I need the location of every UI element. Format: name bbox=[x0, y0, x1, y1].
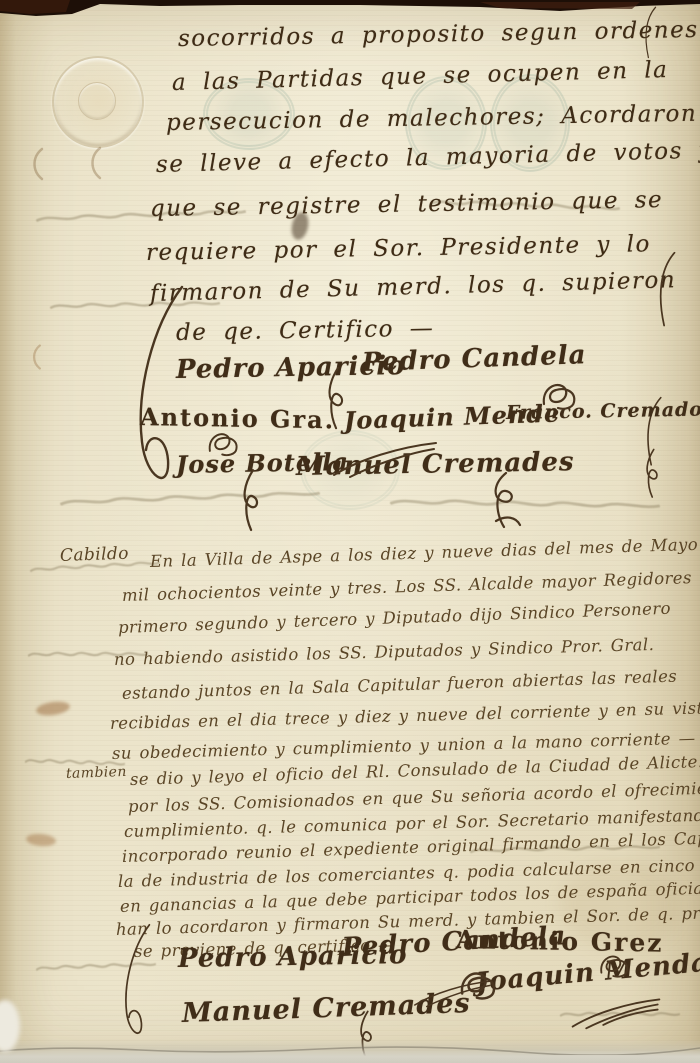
margin-note-cabildo: Cabildo bbox=[60, 544, 129, 566]
margin-stain bbox=[88, 144, 102, 182]
rubric-flourish bbox=[598, 950, 632, 980]
margin-stain bbox=[30, 344, 42, 370]
manuscript-line: que se registre el testimonio que se bbox=[150, 187, 664, 222]
manuscript-line: mil ochocientos veinte y tres. Los SS. A… bbox=[122, 568, 692, 605]
margin-stain bbox=[35, 700, 70, 718]
signature: Pedro Candela bbox=[361, 340, 586, 378]
page-top-edge bbox=[0, 0, 700, 18]
margin-note-tambien: tambien bbox=[66, 764, 127, 782]
rubric-flourish bbox=[322, 366, 352, 432]
margin-stain bbox=[26, 833, 57, 848]
manuscript-line: estando juntos en la Sala Capitular fuer… bbox=[122, 667, 678, 703]
manuscript-line: recibidas en el dia trece y diez y nueve… bbox=[110, 696, 700, 733]
manuscript-line: En la Villa de Aspe a los diez y nueve d… bbox=[150, 535, 699, 571]
manuscript-line: requiere por el Sor. Presidente y lo bbox=[146, 231, 651, 266]
manuscript-page: socorridos a proposito segun ordenes. a … bbox=[0, 0, 700, 1063]
rubric-flourish bbox=[486, 470, 526, 532]
manuscript-line: socorridos a proposito segun ordenes. bbox=[178, 17, 700, 52]
manuscript-line: primero segundo y tercero y Diputado dij… bbox=[118, 599, 672, 637]
rubric-flourish bbox=[556, 996, 676, 1030]
signature: Franco. Cremados bbox=[506, 398, 700, 424]
rubric-flourish bbox=[640, 448, 666, 500]
manuscript-line: no habiendo asistido los SS. Diputados y… bbox=[114, 635, 655, 669]
rubric-flourish bbox=[238, 466, 266, 536]
pen-tail bbox=[652, 246, 678, 334]
rubric-flourish bbox=[330, 436, 440, 482]
manuscript-line: firmaron de Su merd. los q. supieron bbox=[150, 267, 677, 307]
rubric-flourish bbox=[408, 978, 498, 1008]
margin-stain bbox=[30, 146, 44, 182]
manuscript-line: de qe. Certifico — bbox=[176, 315, 435, 346]
rubric-flourish bbox=[206, 428, 242, 458]
rubric-flourish bbox=[540, 378, 580, 412]
page-bottom-tear bbox=[0, 1043, 700, 1055]
embossed-seal bbox=[52, 56, 144, 148]
rubric-flourish bbox=[110, 922, 166, 1044]
